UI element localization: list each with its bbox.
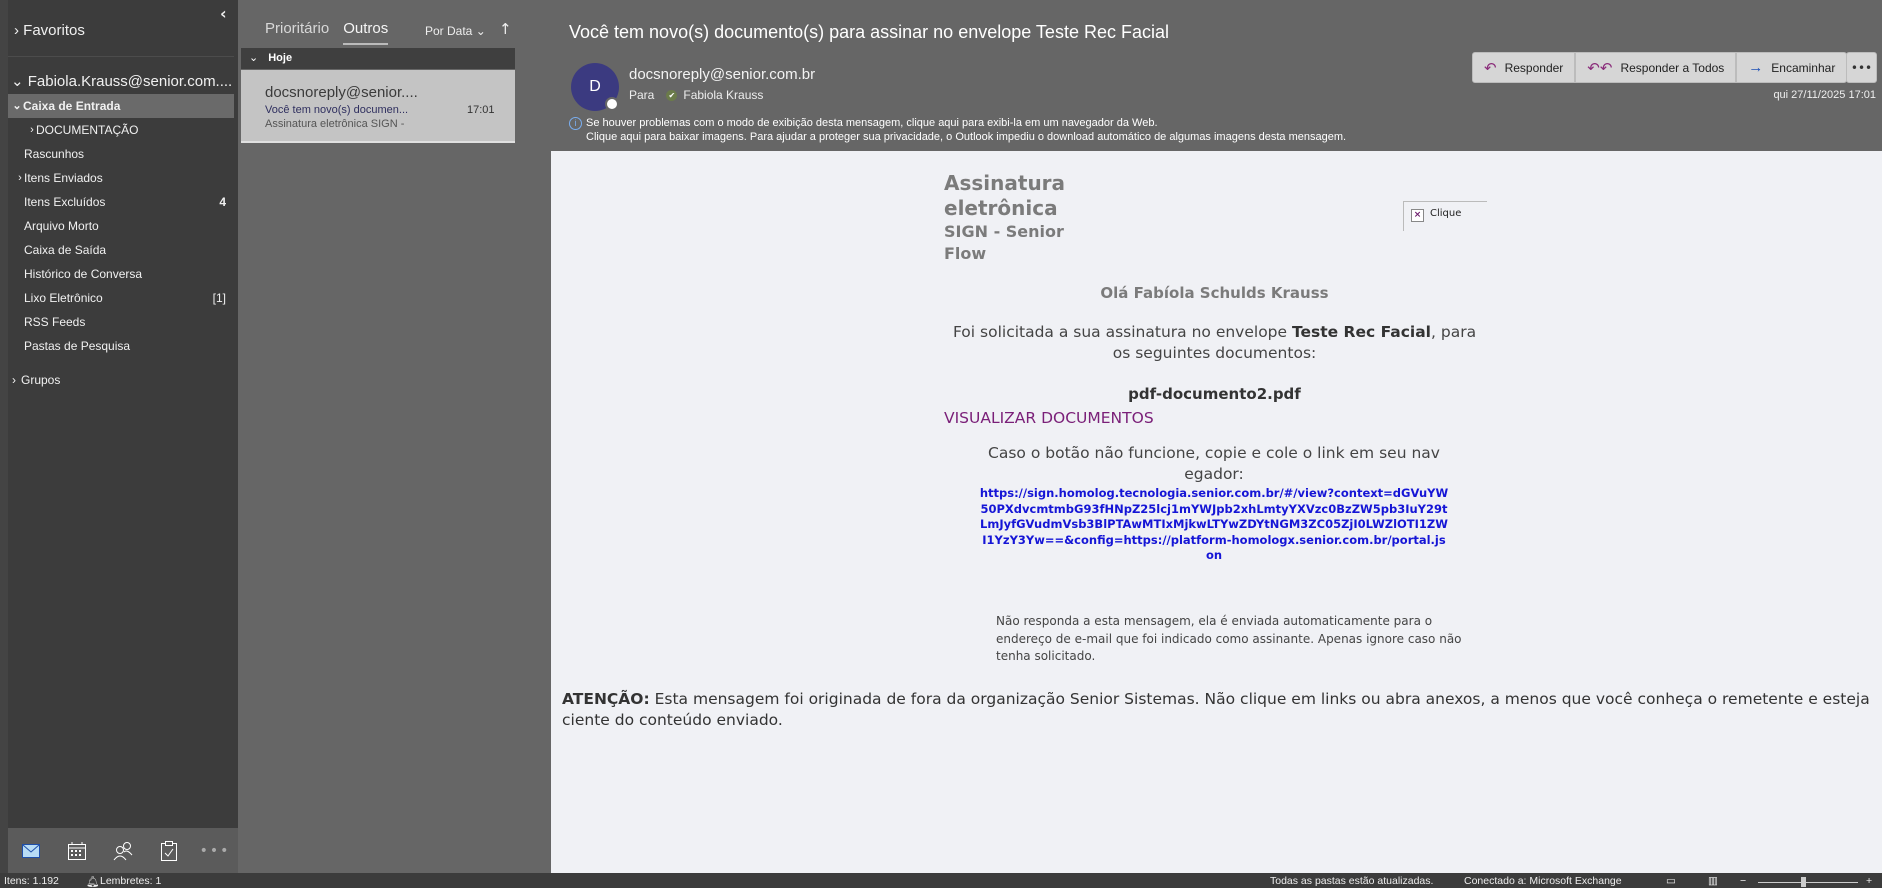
recipient-name[interactable]: Fabiola Krauss: [683, 88, 763, 102]
status-bar: Itens: 1.192 🔔︎ Lembretes: 1 Todas as pa…: [0, 873, 1882, 888]
folder-label: Pastas de Pesquisa: [24, 334, 130, 358]
forward-label: Encaminhar: [1771, 61, 1835, 75]
signing-url-link[interactable]: https://sign.homolog.tecnologia.senior.c…: [979, 486, 1449, 564]
focus-tabs: Prioritário Outros: [265, 20, 388, 45]
folder-item[interactable]: ›Itens Enviados: [8, 166, 234, 190]
blocked-image-text: Clique: [1430, 208, 1461, 219]
folder-label: DOCUMENTAÇÃO: [36, 118, 138, 142]
sort-direction-arrow-up-icon[interactable]: ↑: [499, 20, 512, 38]
warning-text: Esta mensagem foi originada de fora da o…: [562, 690, 1870, 729]
module-nav-bar: •••: [8, 828, 238, 873]
chevron-down-icon: ⌄: [476, 24, 486, 38]
group-header-label: Hoje: [268, 52, 292, 64]
groups-node[interactable]: ›Grupos: [8, 368, 234, 392]
broken-image-icon: ×: [1411, 209, 1424, 222]
chevron-down-icon: ⌄: [249, 52, 258, 64]
zoom-slider-track[interactable]: [1758, 882, 1858, 883]
folder-item[interactable]: Arquivo Morto: [8, 214, 234, 238]
folder-pane: ‹ › Favoritos ⌄ Fabiola.Krauss@senior.co…: [0, 0, 238, 873]
email-subject: Você tem novo(s) documento(s) para assin…: [569, 22, 1169, 43]
folder-item[interactable]: Histórico de Conversa: [8, 262, 234, 286]
folder-item[interactable]: Caixa de Saída: [8, 238, 234, 262]
external-sender-warning: ATENÇÃO: Esta mensagem foi originada de …: [562, 689, 1872, 731]
reading-view-icon[interactable]: ▥: [1708, 875, 1718, 887]
folder-list: ⌄Caixa de Entrada›DOCUMENTAÇÃORascunhos›…: [8, 94, 234, 358]
brand-line: Flow: [944, 243, 1065, 265]
connection-status: Conectado a: Microsoft Exchange: [1464, 875, 1622, 887]
mail-icon[interactable]: [8, 828, 54, 873]
outlook-window: ‹ › Favoritos ⌄ Fabiola.Krauss@senior.co…: [0, 0, 1882, 888]
reply-button[interactable]: ↶Responder: [1472, 52, 1575, 83]
greeting: Olá Fabíola Schulds Krauss: [944, 284, 1485, 302]
download-images-link[interactable]: Clique aqui para baixar imagens. Para aj…: [586, 130, 1346, 144]
message-actions: ↶Responder ↶↶Responder a Todos →Encaminh…: [1472, 52, 1847, 83]
groups-label: Grupos: [21, 368, 60, 392]
to-label: Para: [629, 88, 654, 102]
tab-prioritario[interactable]: Prioritário: [265, 20, 329, 45]
folder-label: Caixa de Entrada: [23, 94, 120, 118]
folder-label: Histórico de Conversa: [24, 262, 142, 286]
fallback-instructions: Caso o botão não funcione, copie e cole …: [979, 443, 1449, 485]
bell-icon: 🔔︎: [86, 875, 99, 888]
item-count: Itens: 1.192: [4, 875, 59, 887]
message-sender: docsnoreply@senior....: [265, 84, 418, 101]
request-prefix: Foi solicitada a sua assinatura no envel…: [953, 323, 1292, 341]
folder-item[interactable]: Itens Excluídos4: [8, 190, 234, 214]
account-node[interactable]: ⌄ Fabiola.Krauss@senior.com....: [11, 72, 232, 90]
message-time: 17:01: [467, 104, 495, 116]
folder-item[interactable]: ›DOCUMENTAÇÃO: [8, 118, 234, 142]
brand-header: Assinatura eletrônica SIGN - Senior Flow: [944, 171, 1065, 265]
message-list-item[interactable]: docsnoreply@senior.... Você tem novo(s) …: [241, 70, 515, 143]
tasks-icon[interactable]: [146, 828, 192, 873]
folder-item[interactable]: Pastas de Pesquisa: [8, 334, 234, 358]
people-icon[interactable]: [100, 828, 146, 873]
folder-label: Caixa de Saída: [24, 238, 106, 262]
brand-line: eletrônica: [944, 196, 1065, 221]
reply-all-label: Responder a Todos: [1620, 61, 1724, 75]
zoom-slider-thumb[interactable]: [1801, 877, 1806, 887]
reply-label: Responder: [1505, 61, 1564, 75]
forward-button[interactable]: →Encaminhar: [1736, 52, 1847, 83]
folder-item[interactable]: Rascunhos: [8, 142, 234, 166]
view-documents-link[interactable]: VISUALIZAR DOCUMENTOS: [944, 409, 1154, 427]
calendar-icon[interactable]: [54, 828, 100, 873]
sort-dropdown[interactable]: Por Data ⌄: [425, 24, 486, 38]
more-actions-button[interactable]: •••: [1846, 52, 1877, 83]
document-name: pdf-documento2.pdf: [944, 385, 1485, 403]
sender-address[interactable]: docsnoreply@senior.com.br: [629, 66, 815, 83]
folder-label: Arquivo Morto: [24, 214, 99, 238]
folder-item[interactable]: Lixo Eletrônico[1]: [8, 286, 234, 310]
no-reply-disclaimer: Não responda a esta mensagem, ela é envi…: [996, 613, 1491, 666]
folder-label: RSS Feeds: [24, 310, 85, 334]
reminders-count[interactable]: Lembretes: 1: [100, 875, 161, 887]
brand-line: SIGN - Senior: [944, 221, 1065, 243]
chevron-down-icon[interactable]: ⌄: [11, 94, 23, 118]
more-icon[interactable]: •••: [192, 828, 238, 873]
info-icon: i: [569, 117, 582, 130]
sort-label: Por Data: [425, 24, 472, 38]
folder-label: Itens Excluídos: [24, 190, 105, 214]
email-body: Assinatura eletrônica SIGN - Senior Flow…: [551, 151, 1882, 873]
unread-count-badge: [1]: [213, 286, 226, 310]
zoom-in-button[interactable]: +: [1866, 875, 1872, 887]
account-label: Fabiola.Krauss@senior.com....: [28, 73, 232, 90]
forward-arrow-icon: →: [1748, 59, 1763, 76]
unread-count-badge: 4: [219, 190, 226, 214]
group-header-today[interactable]: ⌄Hoje: [241, 48, 515, 69]
favorites-node[interactable]: › Favoritos: [14, 22, 85, 39]
folder-item[interactable]: ⌄Caixa de Entrada: [8, 94, 234, 118]
message-list-pane: Prioritário Outros Por Data ⌄ ↑ ⌄Hoje do…: [238, 0, 517, 873]
signature-request-text: Foi solicitada a sua assinatura no envel…: [944, 322, 1485, 364]
view-in-browser-link[interactable]: Se houver problemas com o modo de exibiç…: [586, 116, 1346, 130]
chevron-left-icon[interactable]: ‹: [220, 4, 227, 23]
presence-indicator: [605, 97, 619, 111]
sync-status: Todas as pastas estão atualizadas.: [1270, 875, 1433, 887]
brand-line: Assinatura: [944, 171, 1065, 196]
warning-label: ATENÇÃO:: [562, 690, 650, 708]
folder-label: Lixo Eletrônico: [24, 286, 103, 310]
folder-item[interactable]: RSS Feeds: [8, 310, 234, 334]
reply-icon: ↶: [1484, 59, 1497, 77]
reading-pane: Você tem novo(s) documento(s) para assin…: [517, 0, 1882, 873]
blocked-image-placeholder[interactable]: × Clique: [1403, 201, 1487, 231]
folder-label: Rascunhos: [24, 142, 84, 166]
info-bar: i Se houver problemas com o modo de exib…: [569, 116, 1346, 144]
recipient-line: Para ✔ Fabiola Krauss: [629, 88, 763, 102]
envelope-name: Teste Rec Facial: [1292, 323, 1431, 341]
message-subject: Você tem novo(s) documen...: [265, 104, 408, 116]
reply-all-button[interactable]: ↶↶Responder a Todos: [1575, 52, 1736, 83]
folder-label: Itens Enviados: [24, 166, 103, 190]
normal-view-icon[interactable]: ▭: [1666, 875, 1676, 887]
tab-outros[interactable]: Outros: [343, 20, 388, 45]
zoom-out-button[interactable]: −: [1740, 875, 1746, 887]
divider: [8, 56, 234, 57]
check-icon: ✔: [666, 90, 677, 101]
favorites-label: Favoritos: [23, 22, 85, 39]
message-preview: Assinatura eletrônica SIGN -: [265, 118, 404, 130]
reply-all-icon: ↶↶: [1587, 59, 1612, 77]
received-date: qui 27/11/2025 17:01: [1773, 89, 1876, 101]
